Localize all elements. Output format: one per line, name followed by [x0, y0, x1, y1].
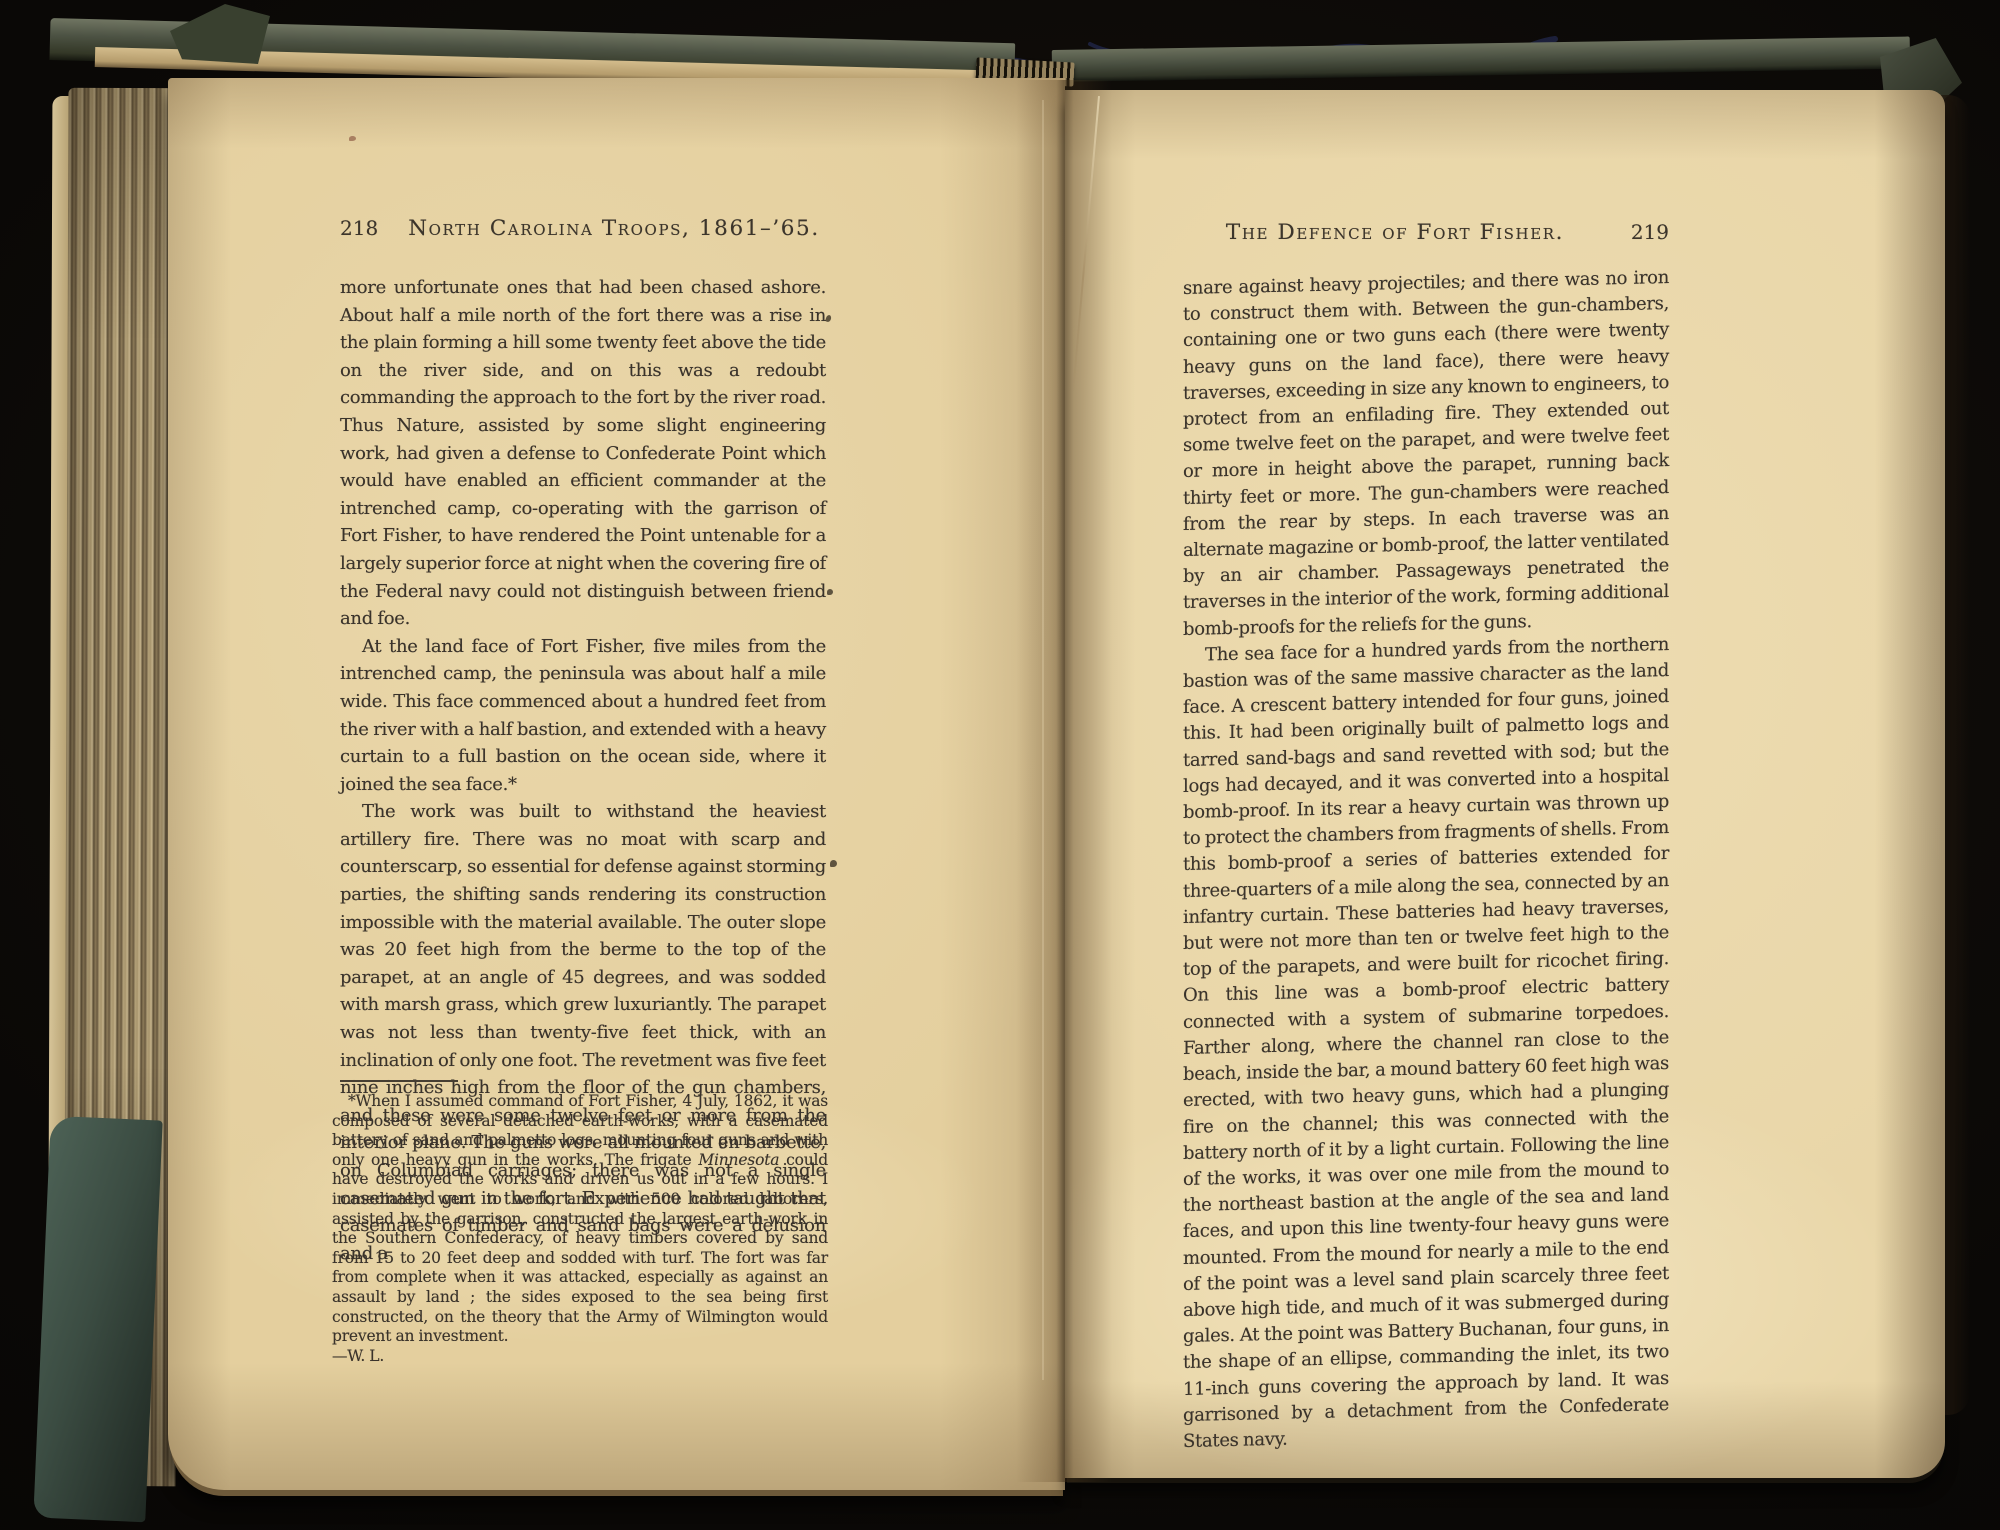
ink-speck: [827, 589, 833, 595]
page-crease: [1042, 100, 1044, 1380]
italic-text: Minnesota: [698, 1151, 779, 1169]
right-page-number: 219: [1607, 220, 1669, 244]
right-page: The Defence of Fort Fisher. 219 snare ag…: [1065, 90, 1945, 1478]
book-photo: 218 North Carolina Troops, 1861–’65. mor…: [0, 0, 2000, 1530]
ink-speck: [830, 860, 837, 867]
left-page-number: 218: [340, 216, 402, 240]
footnote-signature: —W. L.: [332, 1347, 828, 1367]
left-page-footnote: *When I assumed command of Fort Fisher, …: [332, 1092, 828, 1366]
plain-text: could have destroyed the works and drive…: [332, 1151, 828, 1345]
paragraph: snare against heavy projectiles; and the…: [1183, 265, 1669, 643]
gutter-shadow: [1016, 80, 1112, 1482]
right-page-body: snare against heavy projectiles; and the…: [1183, 265, 1669, 1455]
paragraph: more unfortunate ones that had been chas…: [340, 274, 826, 633]
left-running-header: North Carolina Troops, 1861–’65.: [402, 216, 826, 241]
left-page-header: 218 North Carolina Troops, 1861–’65.: [340, 216, 826, 241]
book-cover-spine-corner: [33, 1116, 162, 1523]
footnote-text: *When I assumed command of Fort Fisher, …: [332, 1092, 828, 1347]
paragraph: The sea face for a hundred yards from th…: [1183, 632, 1669, 1455]
footnote-rule: [340, 1080, 458, 1082]
paragraph: At the land face of Fort Fisher, five mi…: [340, 633, 826, 799]
right-running-header: The Defence of Fort Fisher.: [1183, 220, 1607, 245]
left-page: 218 North Carolina Troops, 1861–’65. mor…: [168, 78, 1065, 1490]
book-cover-corner-left: [170, 4, 270, 64]
ink-speck: [349, 136, 356, 141]
right-page-header: The Defence of Fort Fisher. 219: [1183, 220, 1669, 245]
